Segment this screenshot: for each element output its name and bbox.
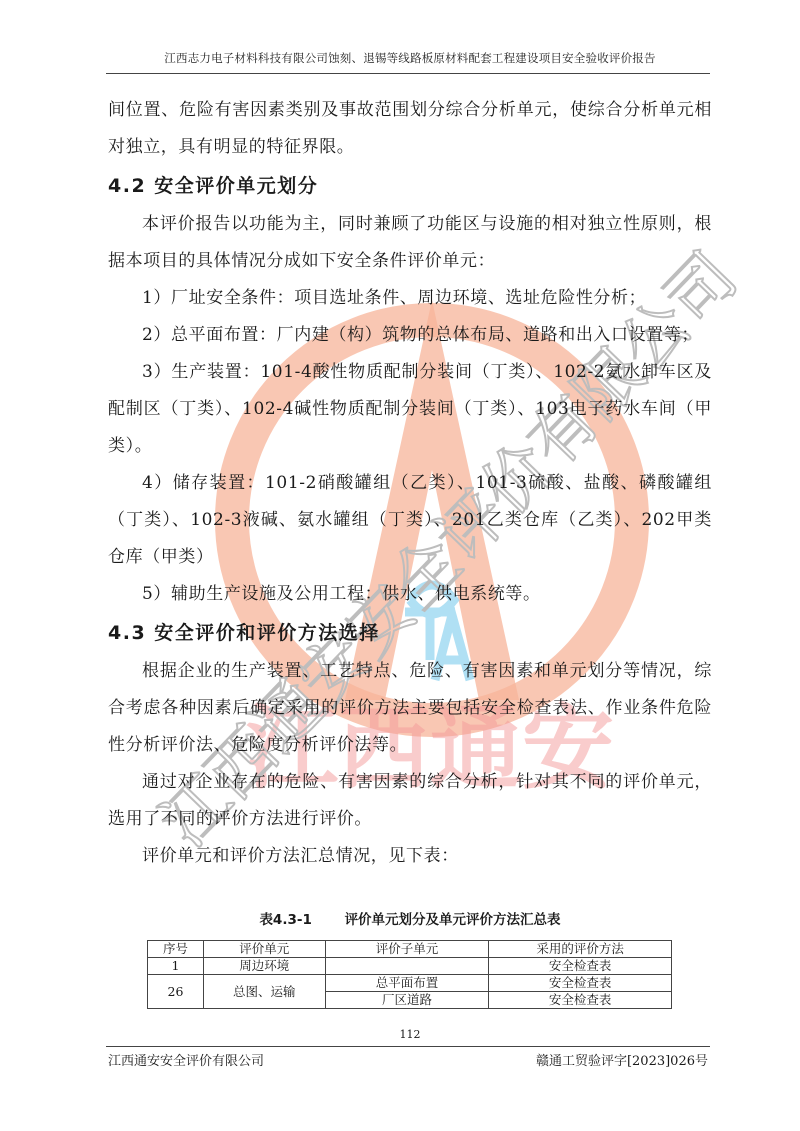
running-header: 江西志力电子材料科技有限公司蚀刻、退锡等线路板原材料配套工程建设项目安全验收评价… [108, 50, 712, 66]
cell-no: 1 [148, 958, 204, 975]
cell-method: 安全检查表 [489, 992, 672, 1009]
cell-unit: 周边环境 [203, 958, 325, 975]
section-4-3-paragraph-3: 评价单元和评价方法汇总情况，见下表： [108, 838, 712, 875]
table-header-row: 序号 评价单元 评价子单元 采用的评价方法 [148, 941, 672, 958]
document-body: 间位置、危险有害因素类别及事故范围划分综合分析单元，使综合分析单元相对独立，具有… [108, 92, 712, 875]
cell-method: 安全检查表 [489, 958, 672, 975]
section-heading-4-2: 4.2 安全评价单元划分 [108, 166, 712, 206]
cell-subunit [325, 958, 489, 975]
cell-subunit: 厂区道路 [325, 992, 489, 1009]
section-4-3-paragraph-2: 通过对企业存在的危险、有害因素的综合分析，针对其不同的评价单元，选用了不同的评价… [108, 764, 712, 838]
footer-rule [106, 1046, 710, 1047]
cell-unit: 总图、运输 [203, 975, 325, 1009]
header-cell-method: 采用的评价方法 [489, 941, 672, 958]
document-page: 江西志力电子材料科技有限公司蚀刻、退锡等线路板原材料配套工程建设项目安全验收评价… [0, 0, 800, 1131]
section-4-2-paragraph: 本评价报告以功能为主，同时兼顾了功能区与设施的相对独立性原则，根据本项目的具体情… [108, 206, 712, 280]
header-cell-subunit: 评价子单元 [325, 941, 489, 958]
unit-item-5: 5）辅助生产设施及公用工程：供水、供电系统等。 [108, 576, 712, 613]
cell-method: 安全检查表 [489, 975, 672, 992]
table-row: 26 总图、运输 总平面布置 安全检查表 [148, 975, 672, 992]
unit-item-2: 2）总平面布置：厂内建（构）筑物的总体布局、道路和出入口设置等； [108, 317, 712, 354]
cell-subunit: 总平面布置 [325, 975, 489, 992]
table-caption-number: 表4.3-1 [259, 912, 311, 928]
footer-document-number: 赣通工贸验评字[2023]026号 [536, 1050, 708, 1069]
unit-item-3: 3）生产装置：101-4酸性物质配制分装间（丁类）、102-2氨水卸车区及配制区… [108, 354, 712, 465]
page-number: 112 [108, 1028, 712, 1041]
unit-item-4: 4）储存装置：101-2硝酸罐组（乙类）、101-3硫酸、盐酸、磷酸罐组（丁类）… [108, 465, 712, 576]
evaluation-summary-table: 序号 评价单元 评价子单元 采用的评价方法 1 周边环境 安全检查表 26 总图… [147, 940, 672, 1009]
cell-no: 26 [148, 975, 204, 1009]
header-cell-no: 序号 [148, 941, 204, 958]
section-4-3-paragraph-1: 根据企业的生产装置、工艺特点、危险、有害因素和单元划分等情况，综合考虑各种因素后… [108, 653, 712, 764]
section-heading-4-3: 4.3 安全评价和评价方法选择 [108, 613, 712, 653]
header-cell-unit: 评价单元 [203, 941, 325, 958]
unit-item-1: 1）厂址安全条件：项目选址条件、周边环境、选址危险性分析； [108, 280, 712, 317]
table-caption-title: 评价单元划分及单元评价方法汇总表 [345, 912, 561, 928]
footer-company: 江西通安安全评价有限公司 [108, 1050, 264, 1069]
header-rule [106, 73, 710, 74]
intro-continuation: 间位置、危险有害因素类别及事故范围划分综合分析单元，使综合分析单元相对独立，具有… [108, 92, 712, 166]
table-row: 1 周边环境 安全检查表 [148, 958, 672, 975]
table-caption: 表4.3-1 评价单元划分及单元评价方法汇总表 [108, 908, 712, 928]
